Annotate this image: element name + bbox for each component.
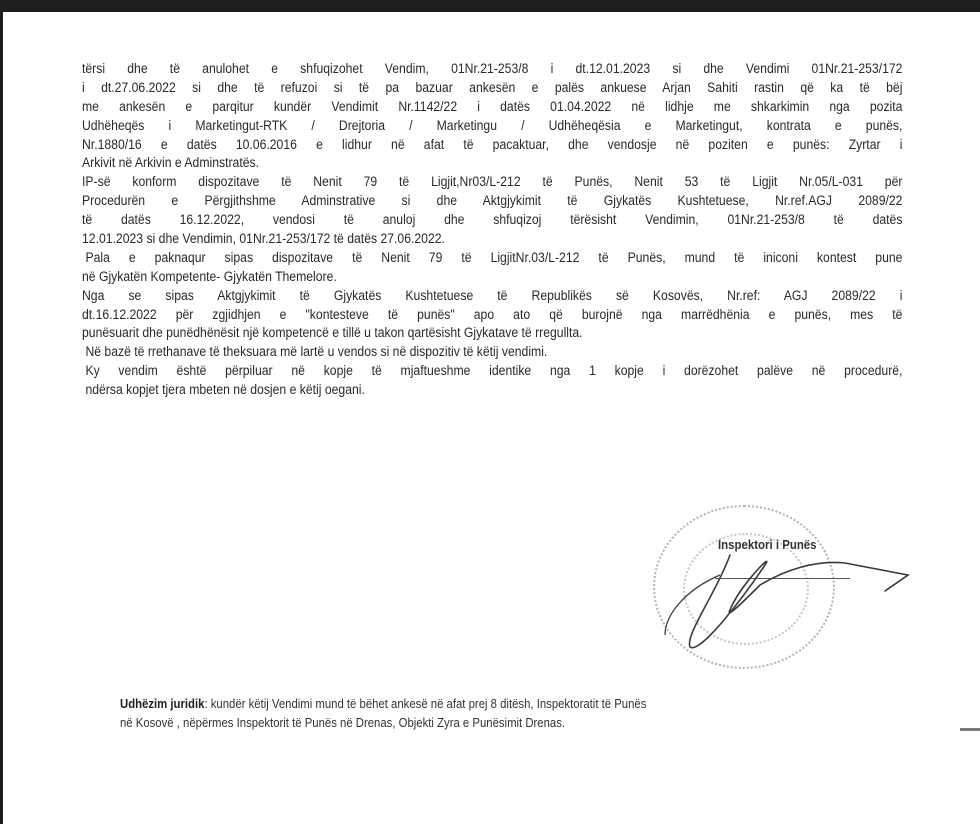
legal-note-text-2: në Kosovë , nëpërmes Inspektorit të Punë… [120, 713, 911, 732]
legal-note-line-1: Udhëzim juridik: kundër këtij Vendimi mu… [120, 694, 911, 713]
text-line: Pala e paknaqur sipas dispozitave të Nen… [82, 249, 902, 268]
text-line: dt.16.12.2022 për zgjidhjen e "kontestev… [82, 306, 902, 325]
text-line: Procedurën e Përgjithshme Adminstrative … [82, 192, 902, 211]
text-line: Udhëheqës i Marketingut-RTK / Drejtoria … [82, 117, 902, 136]
text-line: Arkivit në Arkivin e Adminstratës. [82, 154, 902, 173]
text-line: Ky vendim është përpiluar në kopje të mj… [82, 362, 902, 381]
text-line: IP-së konform dispozitave të Nenit 79 të… [82, 173, 902, 192]
legal-note-label: Udhëzim juridik [120, 696, 204, 711]
paragraph-1: tërsi dhe të anulohet e shfuqizohet Vend… [82, 60, 902, 173]
signature-block: Inspektori i Punës [645, 495, 945, 675]
text-line: ndërsa kopjet tjera mbeten në dosjen e k… [82, 381, 902, 400]
document-body: tërsi dhe të anulohet e shfuqizohet Vend… [82, 60, 902, 400]
handwritten-signature-icon [645, 495, 945, 675]
text-line: i dt.27.06.2022 si dhe të refuzoi si të … [82, 79, 902, 98]
text-line: Nr.1880/16 e datës 10.06.2016 e lidhur n… [82, 136, 902, 155]
page-edge-mark [960, 728, 980, 731]
legal-note-text-1: : kundër këtij Vendimi mund të bëhet ank… [204, 696, 646, 711]
legal-instruction: Udhëzim juridik: kundër këtij Vendimi mu… [120, 694, 911, 732]
text-line: punësuarit dhe punëdhënësit një kompeten… [82, 324, 902, 343]
text-line: 12.01.2023 si dhe Vendimin, 01Nr.21-253/… [82, 230, 902, 249]
text-line: në Gjykatën Kompetente- Gjykatën Themelo… [82, 268, 902, 287]
text-line: me ankesën e parqitur kundër Vendimit Nr… [82, 98, 902, 117]
text-line: të datës 16.12.2022, vendosi të anuloj d… [82, 211, 902, 230]
paragraph-5: Në bazë të rrethanave të theksuara më la… [82, 343, 902, 362]
paragraph-6: Ky vendim është përpiluar në kopje të mj… [82, 362, 902, 400]
text-line: Nga se sipas Aktgjykimit të Gjykatës Kus… [82, 287, 902, 306]
paragraph-2: IP-së konform dispozitave të Nenit 79 të… [82, 173, 902, 249]
text-line: Në bazë të rrethanave të theksuara më la… [82, 343, 902, 362]
paragraph-4: Nga se sipas Aktgjykimit të Gjykatës Kus… [82, 287, 902, 344]
text-line: tërsi dhe të anulohet e shfuqizohet Vend… [82, 60, 902, 79]
paragraph-3: Pala e paknaqur sipas dispozitave të Nen… [82, 249, 902, 287]
